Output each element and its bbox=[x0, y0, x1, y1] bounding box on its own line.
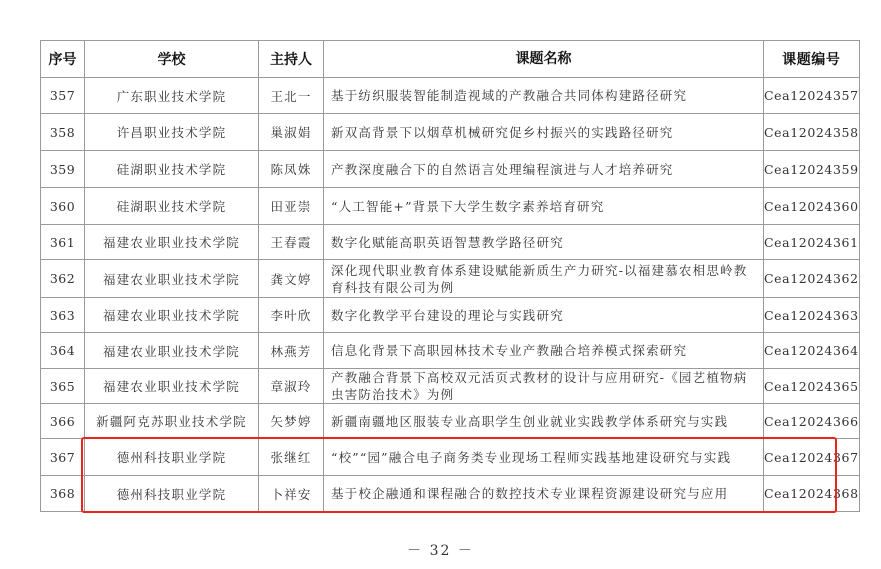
row-school: 新疆阿克苏职业技术学院 bbox=[85, 404, 259, 439]
row-school: 硅湖职业技术学院 bbox=[85, 151, 259, 188]
page-number: － 32 － bbox=[0, 540, 881, 560]
row-host: 王北一 bbox=[259, 78, 324, 114]
row-code: Cea12024364 bbox=[764, 333, 860, 369]
row-school: 广东职业技术学院 bbox=[85, 78, 259, 114]
row-number: 366 bbox=[41, 404, 85, 439]
row-school: 福建农业职业技术学院 bbox=[85, 298, 259, 333]
header-host: 主持人 bbox=[259, 41, 324, 78]
project-table: 序号 学校 主持人 课题名称 课题编号 357 广东职业技术学院 王北一 基于纺… bbox=[40, 40, 860, 512]
row-host: 王春霞 bbox=[259, 225, 324, 260]
row-school: 许昌职业技术学院 bbox=[85, 114, 259, 151]
row-code: Cea12024365 bbox=[764, 369, 860, 404]
header-code: 课题编号 bbox=[764, 41, 860, 78]
header-school: 学校 bbox=[85, 41, 259, 78]
row-title: 基于校企融通和课程融合的数控技术专业课程资源建设研究与应用 bbox=[324, 476, 764, 512]
row-title: 新双高背景下以烟草机械研究促乡村振兴的实践路径研究 bbox=[324, 114, 764, 151]
row-title: “人工智能+”背景下大学生数字素养培育研究 bbox=[324, 188, 764, 225]
row-host: 章淑玲 bbox=[259, 369, 324, 404]
row-title: 产教融合背景下高校双元活页式教材的设计与应用研究-《园艺植物病虫害防治技术》为例 bbox=[324, 369, 764, 404]
table-row: 360 硅湖职业技术学院 田亚崇 “人工智能+”背景下大学生数字素养培育研究 C… bbox=[41, 188, 860, 225]
table-row: 361 福建农业职业技术学院 王春霞 数字化赋能高职英语智慧教学路径研究 Cea… bbox=[41, 225, 860, 260]
row-number: 359 bbox=[41, 151, 85, 188]
row-number: 363 bbox=[41, 298, 85, 333]
row-school: 福建农业职业技术学院 bbox=[85, 260, 259, 298]
row-code: Cea12024360 bbox=[764, 188, 860, 225]
row-code: Cea12024363 bbox=[764, 298, 860, 333]
row-host: 林燕芳 bbox=[259, 333, 324, 369]
row-title: “校”“园”融合电子商务类专业现场工程师实践基地建设研究与实践 bbox=[324, 439, 764, 476]
row-host: 陈凤姝 bbox=[259, 151, 324, 188]
table-row: 357 广东职业技术学院 王北一 基于纺织服装智能制造视域的产教融合共同体构建路… bbox=[41, 78, 860, 114]
table-row: 365 福建农业职业技术学院 章淑玲 产教融合背景下高校双元活页式教材的设计与应… bbox=[41, 369, 860, 404]
row-code: Cea12024362 bbox=[764, 260, 860, 298]
row-school: 福建农业职业技术学院 bbox=[85, 225, 259, 260]
table-row: 364 福建农业职业技术学院 林燕芳 信息化背景下高职园林技术专业产教融合培养模… bbox=[41, 333, 860, 369]
row-host: 龚文婷 bbox=[259, 260, 324, 298]
table-row-highlighted: 367 德州科技职业学院 张继红 “校”“园”融合电子商务类专业现场工程师实践基… bbox=[41, 439, 860, 476]
row-number: 364 bbox=[41, 333, 85, 369]
row-title: 数字化赋能高职英语智慧教学路径研究 bbox=[324, 225, 764, 260]
row-code: Cea12024368 bbox=[764, 476, 860, 512]
row-number: 362 bbox=[41, 260, 85, 298]
table-header-row: 序号 学校 主持人 课题名称 课题编号 bbox=[41, 41, 860, 78]
row-title: 深化现代职业教育体系建设赋能新质生产力研究-以福建慕农相思岭教育科技有限公司为例 bbox=[324, 260, 764, 298]
row-school: 福建农业职业技术学院 bbox=[85, 333, 259, 369]
row-host: 矢梦婷 bbox=[259, 404, 324, 439]
row-school: 德州科技职业学院 bbox=[85, 476, 259, 512]
row-code: Cea12024366 bbox=[764, 404, 860, 439]
table-row: 359 硅湖职业技术学院 陈凤姝 产教深度融合下的自然语言处理编程演进与人才培养… bbox=[41, 151, 860, 188]
row-number: 358 bbox=[41, 114, 85, 151]
table-row: 362 福建农业职业技术学院 龚文婷 深化现代职业教育体系建设赋能新质生产力研究… bbox=[41, 260, 860, 298]
header-number: 序号 bbox=[41, 41, 85, 78]
row-number: 360 bbox=[41, 188, 85, 225]
row-code: Cea12024361 bbox=[764, 225, 860, 260]
row-school: 福建农业职业技术学院 bbox=[85, 369, 259, 404]
row-title: 新疆南疆地区服装专业高职学生创业就业实践教学体系研究与实践 bbox=[324, 404, 764, 439]
row-title: 数字化教学平台建设的理论与实践研究 bbox=[324, 298, 764, 333]
row-host: 李叶欣 bbox=[259, 298, 324, 333]
row-number: 365 bbox=[41, 369, 85, 404]
row-number: 361 bbox=[41, 225, 85, 260]
row-number: 357 bbox=[41, 78, 85, 114]
row-code: Cea12024359 bbox=[764, 151, 860, 188]
row-host: 巢淑娟 bbox=[259, 114, 324, 151]
row-school: 硅湖职业技术学院 bbox=[85, 188, 259, 225]
table-row: 363 福建农业职业技术学院 李叶欣 数字化教学平台建设的理论与实践研究 Cea… bbox=[41, 298, 860, 333]
table-row: 358 许昌职业技术学院 巢淑娟 新双高背景下以烟草机械研究促乡村振兴的实践路径… bbox=[41, 114, 860, 151]
table-row: 366 新疆阿克苏职业技术学院 矢梦婷 新疆南疆地区服装专业高职学生创业就业实践… bbox=[41, 404, 860, 439]
row-title: 产教深度融合下的自然语言处理编程演进与人才培养研究 bbox=[324, 151, 764, 188]
row-number: 368 bbox=[41, 476, 85, 512]
row-school: 德州科技职业学院 bbox=[85, 439, 259, 476]
row-host: 卜祥安 bbox=[259, 476, 324, 512]
row-title: 基于纺织服装智能制造视域的产教融合共同体构建路径研究 bbox=[324, 78, 764, 114]
row-code: Cea12024367 bbox=[764, 439, 860, 476]
row-code: Cea12024358 bbox=[764, 114, 860, 151]
row-host: 张继红 bbox=[259, 439, 324, 476]
row-title: 信息化背景下高职园林技术专业产教融合培养模式探索研究 bbox=[324, 333, 764, 369]
row-code: Cea12024357 bbox=[764, 78, 860, 114]
table-row-highlighted: 368 德州科技职业学院 卜祥安 基于校企融通和课程融合的数控技术专业课程资源建… bbox=[41, 476, 860, 512]
header-title: 课题名称 bbox=[324, 41, 764, 78]
row-number: 367 bbox=[41, 439, 85, 476]
row-host: 田亚崇 bbox=[259, 188, 324, 225]
